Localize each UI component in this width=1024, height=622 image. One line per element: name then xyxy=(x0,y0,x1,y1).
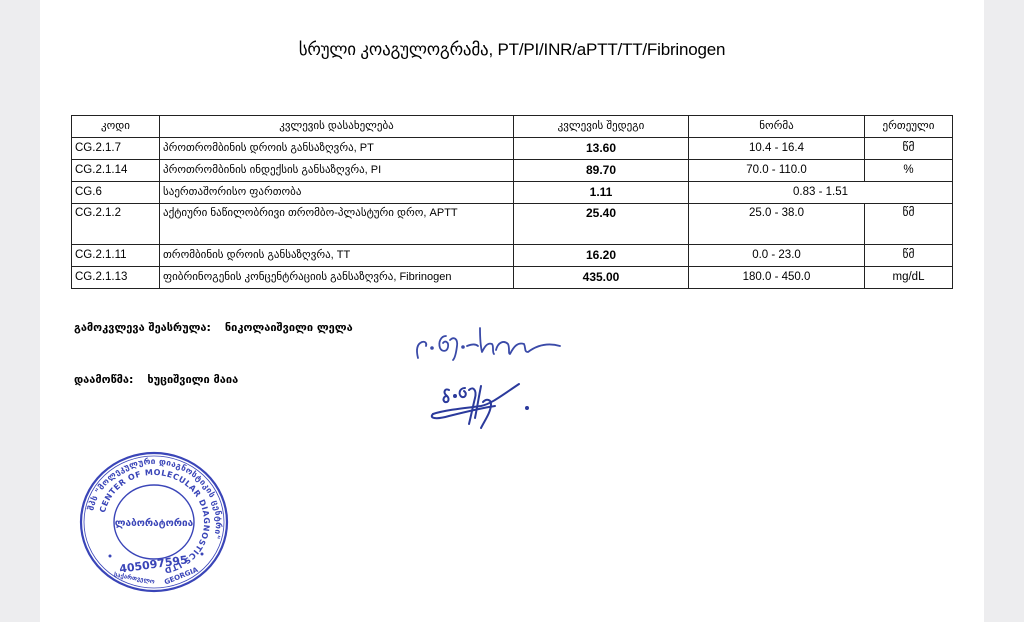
row-result: 1.11 xyxy=(514,182,689,204)
row-result: 13.60 xyxy=(514,138,689,160)
svg-text:ლაბორატორია: ლაბორატორია xyxy=(115,517,194,529)
table-row: CG.2.1.2 აქტიური ნაწილობრივი თრომბო-პლას… xyxy=(72,204,953,245)
header-name: კვლევის დასახელება xyxy=(160,116,514,138)
row-unit: წმ xyxy=(865,245,953,267)
laboratory-stamp: შპს "მოლეკულური დიაგნოსტიკის ცენტრი" CEN… xyxy=(78,450,230,594)
row-name: პროთრომბინის დროის განსაზღვრა, PT xyxy=(160,138,514,160)
row-unit: mg/dL xyxy=(865,267,953,289)
row-unit: წმ xyxy=(865,204,953,245)
row-name: ფიბრინოგენის კონცენტრაციის განსაზღვრა, F… xyxy=(160,267,514,289)
row-norm: 70.0 - 110.0 xyxy=(689,160,865,182)
row-code: CG.2.1.13 xyxy=(72,267,160,289)
table-row: CG.2.1.11 თრომბინის დროის განსაზღვრა, TT… xyxy=(72,245,953,267)
row-norm: 0.0 - 23.0 xyxy=(689,245,865,267)
header-unit: ერთეული xyxy=(865,116,953,138)
header-norm: ნორმა xyxy=(689,116,865,138)
document-page: სრული კოაგულოგრამა, PT/PI/INR/aPTT/TT/Fi… xyxy=(40,0,984,622)
results-table: კოდი კვლევის დასახელება კვლევის შედეგი ნ… xyxy=(71,115,953,289)
row-result: 89.70 xyxy=(514,160,689,182)
verified-by-name: ხუციშვილი მაია xyxy=(147,373,238,386)
row-unit: % xyxy=(865,160,953,182)
document-title: სრული კოაგულოგრამა, PT/PI/INR/aPTT/TT/Fi… xyxy=(40,40,984,60)
header-result: კვლევის შედეგი xyxy=(514,116,689,138)
row-norm: 0.83 - 1.51 xyxy=(689,182,953,204)
row-norm: 10.4 - 16.4 xyxy=(689,138,865,160)
row-name: საერთაშორისო ფართობა xyxy=(160,182,514,204)
table-row: CG.6 საერთაშორისო ფართობა 1.11 0.83 - 1.… xyxy=(72,182,953,204)
row-name: აქტიური ნაწილობრივი თრომბო-პლასტური დრო,… xyxy=(160,204,514,245)
row-name: თრომბინის დროის განსაზღვრა, TT xyxy=(160,245,514,267)
verified-by-label: დაამოწმა: xyxy=(74,373,133,386)
row-code: CG.6 xyxy=(72,182,160,204)
row-code: CG.2.1.7 xyxy=(72,138,160,160)
table-row: CG.2.1.14 პროთრომბინის ინდექსის განსაზღვ… xyxy=(72,160,953,182)
performed-by-label: გამოკვლევა შეასრულა: xyxy=(74,321,211,334)
table-row: CG.2.1.7 პროთრომბინის დროის განსაზღვრა, … xyxy=(72,138,953,160)
row-result: 25.40 xyxy=(514,204,689,245)
row-unit: წმ xyxy=(865,138,953,160)
row-name: პროთრომბინის ინდექსის განსაზღვრა, PI xyxy=(160,160,514,182)
performed-by-name: ნიკოლაიშვილი ლელა xyxy=(225,321,353,334)
header-code: კოდი xyxy=(72,116,160,138)
performed-by-line: გამოკვლევა შეასრულა:ნიკოლაიშვილი ლელა xyxy=(74,321,353,334)
row-norm: 25.0 - 38.0 xyxy=(689,204,865,245)
verified-by-line: დაამოწმა:ხუციშვილი მაია xyxy=(74,373,238,386)
row-code: CG.2.1.2 xyxy=(72,204,160,245)
row-result: 16.20 xyxy=(514,245,689,267)
signature-performer xyxy=(412,322,562,367)
signature-verifier xyxy=(425,378,535,440)
row-result: 435.00 xyxy=(514,267,689,289)
row-code: CG.2.1.11 xyxy=(72,245,160,267)
row-norm: 180.0 - 450.0 xyxy=(689,267,865,289)
table-row: CG.2.1.13 ფიბრინოგენის კონცენტრაციის გან… xyxy=(72,267,953,289)
row-code: CG.2.1.14 xyxy=(72,160,160,182)
table-header-row: კოდი კვლევის დასახელება კვლევის შედეგი ნ… xyxy=(72,116,953,138)
